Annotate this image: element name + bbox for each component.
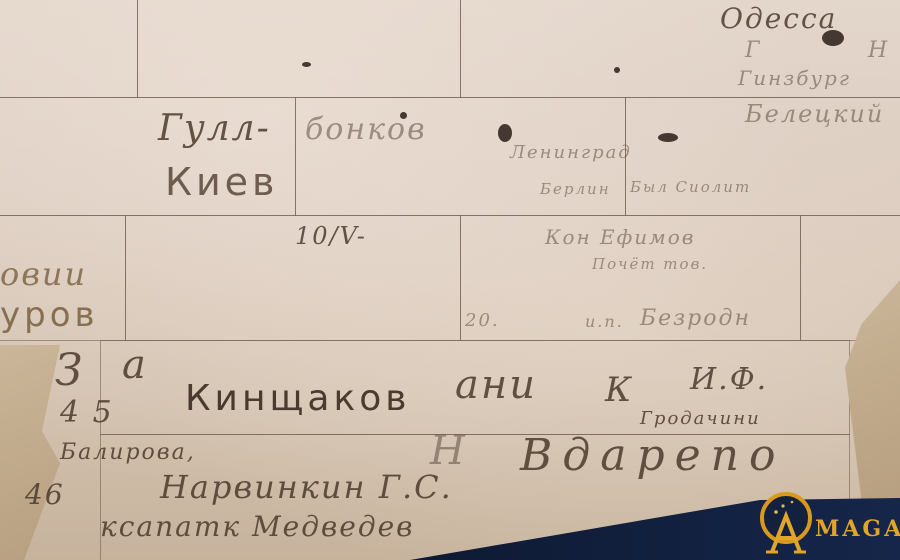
stain (302, 62, 311, 67)
graffiti-text: 46 (25, 478, 65, 511)
graffiti-text: Гулл- (158, 108, 271, 149)
graffiti-wall-photo: Одесса Г Н Гинзбург Гулл- бонков Киев Бе… (0, 0, 900, 560)
graffiti-text: К (605, 370, 633, 410)
graffiti-text: З (55, 345, 84, 396)
graffiti-text: уров (0, 295, 99, 335)
graffiti-text: Кинщаков (185, 378, 410, 419)
graffiti-text: Был Сиолит (630, 178, 751, 196)
graffiti-text: ани (455, 362, 537, 408)
graffiti-text: Н (430, 428, 467, 474)
stain (658, 133, 678, 142)
graffiti-text: а (122, 342, 148, 388)
graffiti-text: бонков (305, 112, 427, 147)
graffiti-text: Вдарепо (520, 430, 786, 481)
plaster-patch-left (0, 345, 60, 560)
graffiti-text: Балирова, (60, 440, 196, 465)
graffiti-text: Берлин (540, 180, 611, 198)
graffiti-text: Ленинград (510, 142, 632, 163)
amagaz-logo-icon (756, 490, 816, 556)
graffiti-text: 20. (465, 310, 500, 331)
wall-block (137, 0, 461, 98)
wall-block (125, 215, 461, 341)
graffiti-text: 10/V- (295, 222, 367, 250)
graffiti-text: Г (745, 38, 762, 63)
graffiti-text: Почёт тов. (592, 255, 708, 273)
graffiti-text: 4 5 (60, 395, 114, 430)
graffiti-text: ксапатк Медведев (100, 510, 414, 543)
graffiti-text: Гродачини (640, 408, 761, 429)
graffiti-text: И.Ф. (690, 362, 768, 397)
graffiti-text: и.п. (585, 312, 624, 331)
stain (614, 67, 620, 73)
graffiti-text: овии (0, 255, 87, 293)
wall-block (0, 0, 138, 98)
graffiti-text: Белецкий (745, 100, 884, 128)
graffiti-text: Безродн (640, 306, 751, 331)
graffiti-text: Одесса (720, 2, 837, 35)
graffiti-text: Кон Ефимов (545, 225, 695, 249)
graffiti-text: Н (868, 38, 889, 63)
graffiti-text: Нарвинкин Г.С. (160, 468, 453, 506)
stain (498, 124, 512, 142)
graffiti-text: Гинзбург (738, 66, 851, 90)
watermark-brand-text: MAGAZ (815, 516, 900, 542)
graffiti-text: Киев (165, 160, 278, 204)
